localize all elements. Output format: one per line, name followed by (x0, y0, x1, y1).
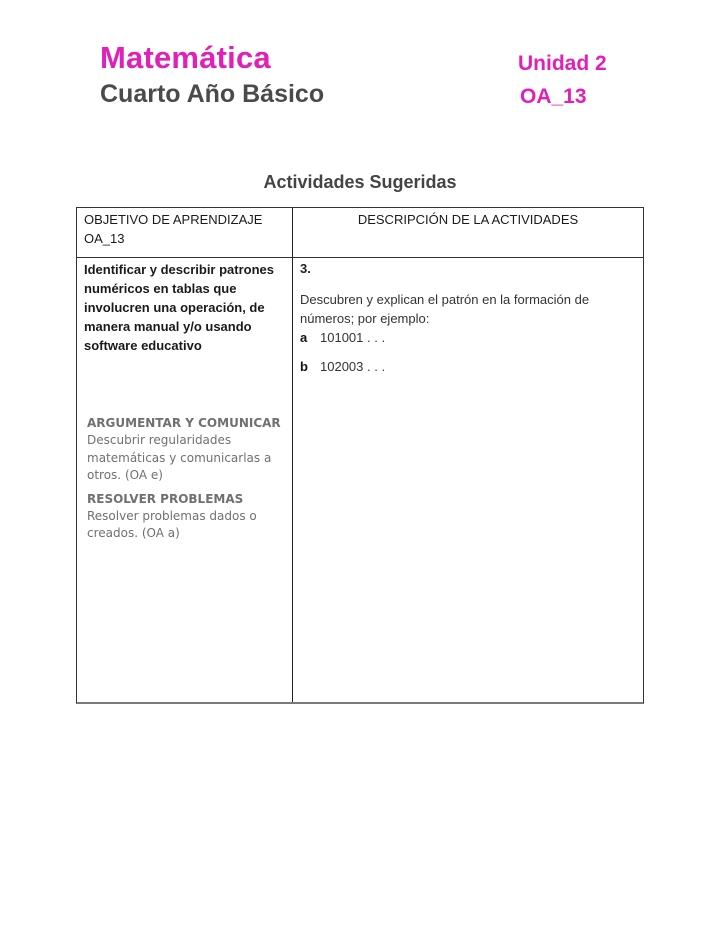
item-letter: b (300, 357, 320, 376)
activity-item: b102003 . . . (300, 357, 635, 376)
subject-title: Matemática (100, 40, 271, 76)
header-objective-code: OA_13 (84, 229, 289, 248)
header-objective: OBJETIVO DE APRENDIZAJE OA_13 (84, 210, 289, 248)
header-row-divider (77, 257, 643, 258)
item-letter: a (300, 328, 320, 347)
skill-title: ARGUMENTAR Y COMUNICAR (87, 415, 292, 432)
activity-cell: 3. Descubren y explican el patrón en la … (300, 260, 635, 376)
objective-code-label: OA_13 (520, 85, 587, 109)
item-text: 102003 . . . (320, 359, 385, 374)
column-divider (292, 208, 293, 702)
header-objective-label: OBJETIVO DE APRENDIZAJE (84, 210, 289, 229)
activity-description: Descubren y explican el patrón en la for… (300, 290, 635, 328)
activity-item: a101001 . . . (300, 328, 635, 347)
skill-description: Descubrir regularidades matemáticas y co… (87, 432, 292, 485)
skill-description: Resolver problemas dados o creados. (OA … (87, 508, 292, 543)
activities-table: OBJETIVO DE APRENDIZAJE OA_13 DESCRIPCIÓ… (76, 207, 644, 704)
skill-title: RESOLVER PROBLEMAS (87, 491, 292, 508)
activity-number: 3. (300, 260, 635, 277)
section-title: Actividades Sugeridas (0, 172, 720, 193)
header-description: DESCRIPCIÓN DE LA ACTIVIDADES (293, 210, 643, 229)
grade-title: Cuarto Año Básico (100, 80, 324, 109)
skills-block: ARGUMENTAR Y COMUNICAR Descubrir regular… (87, 415, 292, 549)
unit-label: Unidad 2 (518, 52, 607, 76)
objective-text: Identificar y describir patrones numéric… (84, 260, 290, 355)
item-text: 101001 . . . (320, 330, 385, 345)
